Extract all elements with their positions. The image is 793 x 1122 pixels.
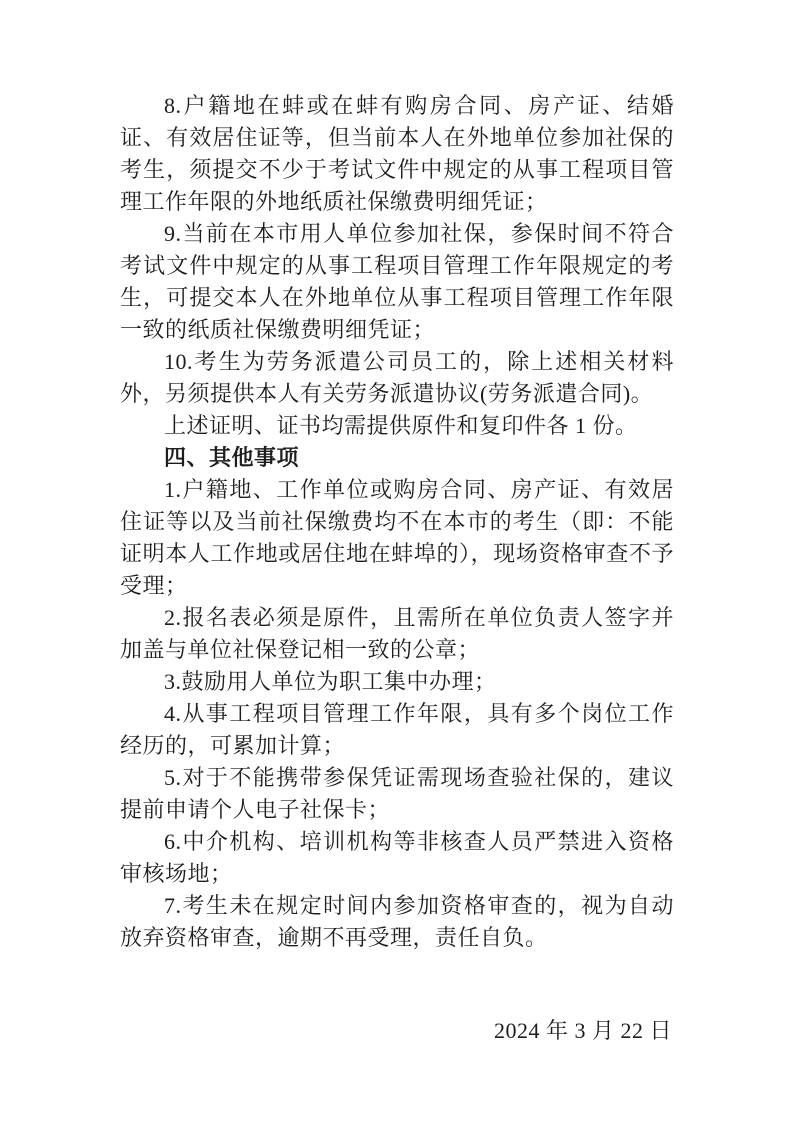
document-content: 8.户籍地在蚌或在蚌有购房合同、房产证、结婚证、有效居住证等，但当前本人在外地单… — [120, 90, 674, 1047]
paragraph-item-8: 8.户籍地在蚌或在蚌有购房合同、房产证、结婚证、有效居住证等，但当前本人在外地单… — [120, 90, 674, 218]
paragraph-other-item-3: 3.鼓励用人单位为职工集中办理； — [120, 666, 674, 698]
paragraph-other-item-2: 2.报名表必须是原件，且需所在单位负责人签字并加盖与单位社保登记相一致的公章； — [120, 602, 674, 666]
paragraph-other-item-5: 5.对于不能携带参保凭证需现场查验社保的，建议提前申请个人电子社保卡； — [120, 762, 674, 826]
paragraph-originals-note: 上述证明、证书均需提供原件和复印件各 1 份。 — [120, 410, 674, 442]
document-date: 2024 年 3 月 22 日 — [120, 1015, 674, 1047]
paragraph-item-10: 10.考生为劳务派遣公司员工的，除上述相关材料外，另须提供本人有关劳务派遣协议(… — [120, 346, 674, 410]
paragraph-other-item-4: 4.从事工程项目管理工作年限，具有多个岗位工作经历的，可累加计算； — [120, 698, 674, 762]
paragraph-other-item-1: 1.户籍地、工作单位或购房合同、房产证、有效居住证等以及当前社保缴费均不在本市的… — [120, 474, 674, 602]
document-page: 8.户籍地在蚌或在蚌有购房合同、房产证、结婚证、有效居住证等，但当前本人在外地单… — [0, 0, 793, 1122]
paragraph-item-9: 9.当前在本市用人单位参加社保，参保时间不符合考试文件中规定的从事工程项目管理工… — [120, 218, 674, 346]
paragraph-other-item-7: 7.考生未在规定时间内参加资格审查的，视为自动放弃资格审查，逾期不再受理，责任自… — [120, 890, 674, 954]
section-heading-other-matters: 四、其他事项 — [120, 442, 674, 474]
paragraph-other-item-6: 6.中介机构、培训机构等非核查人员严禁进入资格审核场地； — [120, 826, 674, 890]
